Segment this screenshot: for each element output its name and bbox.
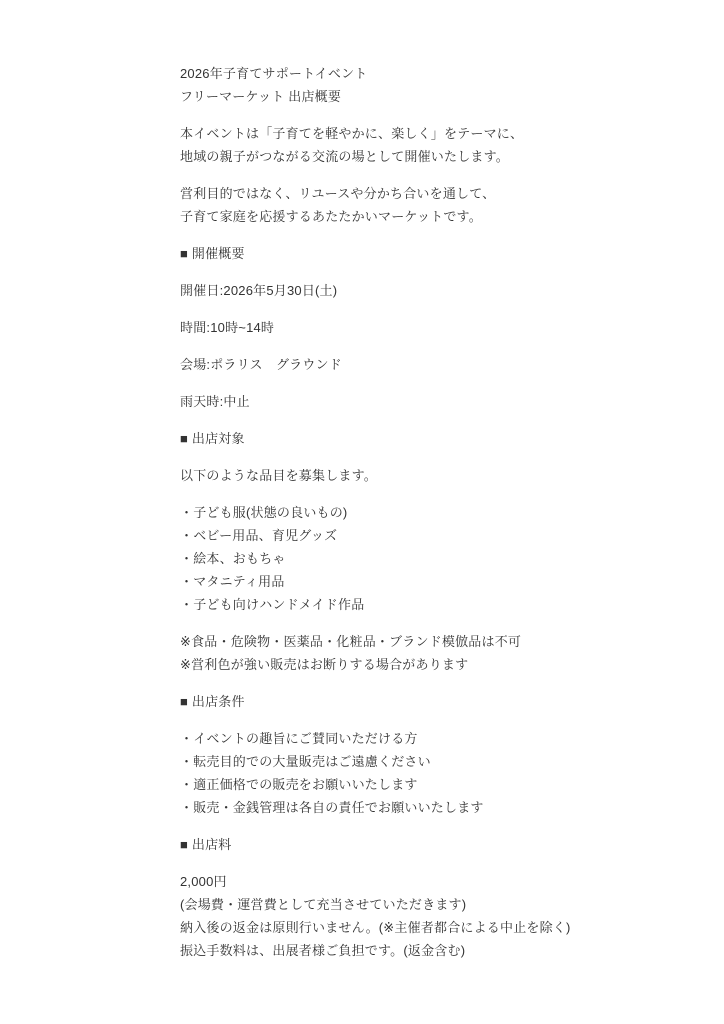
text-line: 営利目的ではなく、リユースや分かち合いを通して、	[180, 182, 624, 205]
text-line: 開催日:2026年5月30日(土)	[180, 279, 624, 302]
text-line: 雨天時:中止	[180, 390, 624, 413]
list-block: ・子ども服(状態の良いもの)・ベビー用品、育児グッズ・絵本、おもちゃ・マタニティ…	[180, 501, 624, 616]
list-item: ・ベビー用品、育児グッズ	[180, 524, 624, 547]
title-block: 2026年子育てサポートイベントフリーマーケット 出店概要	[180, 62, 624, 108]
text-line: 納入後の返金は原則行いません。(※主催者都合による中止を除く)	[180, 916, 624, 939]
text-line: 時間:10時~14時	[180, 316, 624, 339]
paragraph-block: 会場:ポラリス グラウンド	[180, 353, 624, 376]
text-line: 地域の親子がつながる交流の場として開催いたします。	[180, 145, 624, 168]
list-item: ・イベントの趣旨にご賛同いただける方	[180, 727, 624, 750]
paragraph-block: 時間:10時~14時	[180, 316, 624, 339]
paragraph-block: 開催日:2026年5月30日(土)	[180, 279, 624, 302]
paragraph-block: 以下のような品目を募集します。	[180, 464, 624, 487]
paragraph-block: 営利目的ではなく、リユースや分かち合いを通して、子育て家庭を応援するあたたかいマ…	[180, 182, 624, 228]
document-title-line: 2026年子育てサポートイベント	[180, 62, 624, 85]
paragraph-block: 雨天時:中止	[180, 390, 624, 413]
document-title-line: フリーマーケット 出店概要	[180, 85, 624, 108]
list-item: ・絵本、おもちゃ	[180, 547, 624, 570]
heading-block: ■ 出店条件	[180, 690, 624, 713]
paragraph-block: 2,000円(会場費・運営費として充当させていただきます)納入後の返金は原則行い…	[180, 870, 624, 962]
list-item: ・適正価格での販売をお願いいたします	[180, 773, 624, 796]
section-heading: ■ 出店対象	[180, 427, 624, 450]
list-item: ・販売・金銭管理は各自の責任でお願いいたします	[180, 796, 624, 819]
text-line: 本イベントは「子育てを軽やかに、楽しく」をテーマに、	[180, 122, 624, 145]
list-item: ・マタニティ用品	[180, 570, 624, 593]
section-heading: ■ 出店条件	[180, 690, 624, 713]
paragraph-block: 本イベントは「子育てを軽やかに、楽しく」をテーマに、地域の親子がつながる交流の場…	[180, 122, 624, 168]
section-heading: ■ 出店料	[180, 833, 624, 856]
text-line: 以下のような品目を募集します。	[180, 464, 624, 487]
list-block: ・イベントの趣旨にご賛同いただける方・転売目的での大量販売はご遠慮ください・適正…	[180, 727, 624, 819]
text-line: 子育て家庭を応援するあたたかいマーケットです。	[180, 205, 624, 228]
list-item: ・子ども向けハンドメイド作品	[180, 593, 624, 616]
heading-block: ■ 開催概要	[180, 242, 624, 265]
heading-block: ■ 出店対象	[180, 427, 624, 450]
note-block: ※食品・危険物・医薬品・化粧品・ブランド模倣品は不可※営利色が強い販売はお断りす…	[180, 630, 624, 676]
document-page: 2026年子育てサポートイベントフリーマーケット 出店概要本イベントは「子育てを…	[0, 0, 724, 1024]
list-item: ・転売目的での大量販売はご遠慮ください	[180, 750, 624, 773]
note-line: ※営利色が強い販売はお断りする場合があります	[180, 653, 624, 676]
document-content: 2026年子育てサポートイベントフリーマーケット 出店概要本イベントは「子育てを…	[0, 0, 724, 962]
text-line: (会場費・運営費として充当させていただきます)	[180, 893, 624, 916]
text-line: 2,000円	[180, 870, 624, 893]
text-line: 振込手数料は、出展者様ご負担です。(返金含む)	[180, 939, 624, 962]
section-heading: ■ 開催概要	[180, 242, 624, 265]
note-line: ※食品・危険物・医薬品・化粧品・ブランド模倣品は不可	[180, 630, 624, 653]
list-item: ・子ども服(状態の良いもの)	[180, 501, 624, 524]
text-line: 会場:ポラリス グラウンド	[180, 353, 624, 376]
heading-block: ■ 出店料	[180, 833, 624, 856]
